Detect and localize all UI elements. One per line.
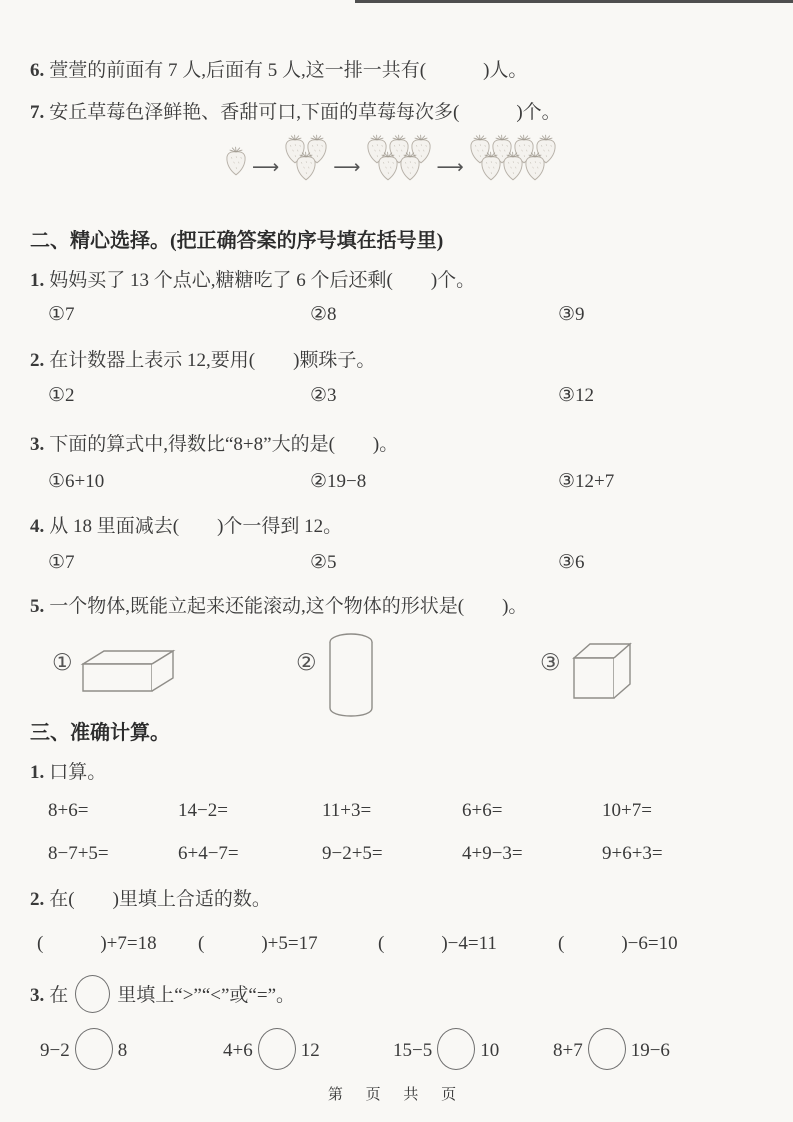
question-text: 下面的算式中,得数比“8+8”大的是( )。	[49, 434, 398, 455]
fill-number-label: 2.在( )里填上合适的数。	[30, 887, 271, 913]
scan-edge-artifact	[355, 0, 793, 3]
cube-shape	[570, 640, 634, 702]
strawberry-group-2	[283, 134, 327, 181]
option-1: ①7	[48, 303, 75, 326]
right-expression: 12	[301, 1040, 320, 1061]
fill-equation: ( )−6=10	[558, 928, 678, 955]
question-text: 在计数器上表示 12,要用( )颗珠子。	[49, 350, 375, 371]
question-text: 一个物体,既能立起来还能滚动,这个物体的形状是( )。	[49, 596, 527, 617]
equation: 8−7+5=	[48, 843, 109, 865]
cylinder-shape	[327, 632, 375, 718]
choice-question-5: 5.一个物体,既能立起来还能滚动,这个物体的形状是( )。	[30, 594, 527, 620]
option-2: ②8	[310, 303, 337, 326]
strawberry-icon	[398, 151, 422, 181]
strawberry-icon	[294, 151, 318, 181]
option-2: ②5	[310, 551, 337, 574]
right-expression: 19−6	[631, 1040, 670, 1061]
question-text: 从 18 里面减去( )个一得到 12。	[49, 516, 342, 537]
compare-item: 8+719−6	[553, 1028, 670, 1070]
shape-option-label-1: ①	[52, 650, 73, 676]
question-number: 1.	[30, 762, 44, 783]
answer-circle	[75, 975, 110, 1013]
question-6: 6.萱萱的前面有 7 人,后面有 5 人,这一排一共有( )人。	[30, 58, 527, 84]
equation: 8+6=	[48, 800, 88, 822]
strawberry-icon	[224, 146, 248, 176]
compare-label: 3.在里填上“>”“<”或“=”。	[30, 975, 295, 1013]
right-expression: 8	[118, 1040, 128, 1061]
shape-option-label-2: ②	[296, 650, 317, 676]
strawberry-icon	[501, 151, 525, 181]
question-text: 在( )里填上合适的数。	[49, 889, 271, 910]
cuboid-shape	[80, 646, 176, 696]
question-text: 妈妈买了 13 个点心,糖糖吃了 6 个后还剩( )个。	[49, 270, 475, 291]
option-1: ①6+10	[48, 470, 104, 493]
option-2: ②19−8	[310, 470, 366, 493]
fill-equation: ( )+5=17	[198, 928, 318, 955]
option-3: ③12+7	[558, 470, 614, 493]
worksheet-page: 6.萱萱的前面有 7 人,后面有 5 人,这一排一共有( )人。 7.安丘草莓色…	[0, 0, 793, 1122]
strawberry-icon	[523, 151, 547, 181]
question-number: 2.	[30, 889, 44, 910]
option-3: ③6	[558, 551, 585, 574]
left-expression: 9−2	[40, 1040, 70, 1061]
question-text: 萱萱的前面有 7 人,后面有 5 人,这一排一共有( )人。	[49, 60, 527, 81]
oral-calc-label: 1.口算。	[30, 760, 106, 786]
question-7: 7.安丘草莓色泽鲜艳、香甜可口,下面的草莓每次多( )个。	[30, 100, 561, 126]
equation: 9+6+3=	[602, 843, 663, 865]
compare-item: 9−28	[40, 1028, 127, 1070]
compare-item: 15−510	[393, 1028, 499, 1070]
option-1: ①2	[48, 384, 75, 407]
left-expression: 8+7	[553, 1040, 583, 1061]
question-number: 4.	[30, 516, 44, 537]
strawberry-sequence-diagram: ⟶ ⟶ ⟶	[224, 134, 556, 181]
question-number: 3.	[30, 985, 44, 1006]
compare-item: 4+612	[223, 1028, 320, 1070]
fill-equation: ( )−4=11	[378, 928, 497, 955]
section-2-heading: 二、精心选择。(把正确答案的序号填在括号里)	[30, 228, 443, 254]
strawberry-group-1	[224, 146, 246, 176]
option-1: ①7	[48, 551, 75, 574]
question-text: 安丘草莓色泽鲜艳、香甜可口,下面的草莓每次多( )个。	[49, 102, 560, 123]
section-title: 二、精心选择。	[30, 230, 170, 252]
equation: 6+6=	[462, 800, 502, 822]
choice-question-4: 4.从 18 里面减去( )个一得到 12。	[30, 514, 342, 540]
strawberry-group-4	[468, 134, 556, 181]
choice-question-2: 2.在计数器上表示 12,要用( )颗珠子。	[30, 348, 375, 374]
page-footer: 第 页 共 页	[0, 1083, 793, 1104]
question-number: 1.	[30, 270, 44, 291]
option-2: ②3	[310, 384, 337, 407]
question-number: 2.	[30, 350, 44, 371]
option-3: ③9	[558, 303, 585, 326]
left-expression: 15−5	[393, 1040, 432, 1061]
equation: 6+4−7=	[178, 843, 239, 865]
answer-circle	[258, 1028, 296, 1070]
right-arrow-icon: ⟶	[437, 156, 462, 178]
section-title: 三、准确计算。	[30, 722, 170, 744]
strawberry-icon	[376, 151, 400, 181]
question-text: 里填上“>”“<”或“=”。	[117, 985, 295, 1006]
right-arrow-icon: ⟶	[252, 156, 277, 178]
section-subtitle: (把正确答案的序号填在括号里)	[170, 230, 443, 252]
question-number: 5.	[30, 596, 44, 617]
equation: 4+9−3=	[462, 843, 523, 865]
question-text: 口算。	[49, 762, 106, 783]
equation: 10+7=	[602, 800, 652, 822]
equation: 11+3=	[322, 800, 371, 822]
choice-question-3: 3.下面的算式中,得数比“8+8”大的是( )。	[30, 432, 398, 458]
fill-equation: ( )+7=18	[37, 928, 157, 955]
right-arrow-icon: ⟶	[333, 156, 358, 178]
answer-circle	[588, 1028, 626, 1070]
question-number: 3.	[30, 434, 44, 455]
answer-circle	[75, 1028, 113, 1070]
equation: 14−2=	[178, 800, 228, 822]
option-3: ③12	[558, 384, 594, 407]
equation: 9−2+5=	[322, 843, 383, 865]
left-expression: 4+6	[223, 1040, 253, 1061]
question-number: 6.	[30, 60, 44, 81]
right-expression: 10	[480, 1040, 499, 1061]
answer-circle	[437, 1028, 475, 1070]
section-3-heading: 三、准确计算。	[30, 720, 170, 746]
strawberry-icon	[479, 151, 503, 181]
question-number: 7.	[30, 102, 44, 123]
strawberry-group-3	[365, 134, 431, 181]
question-text: 在	[49, 985, 68, 1006]
shape-option-label-3: ③	[540, 650, 561, 676]
choice-question-1: 1.妈妈买了 13 个点心,糖糖吃了 6 个后还剩( )个。	[30, 268, 475, 294]
